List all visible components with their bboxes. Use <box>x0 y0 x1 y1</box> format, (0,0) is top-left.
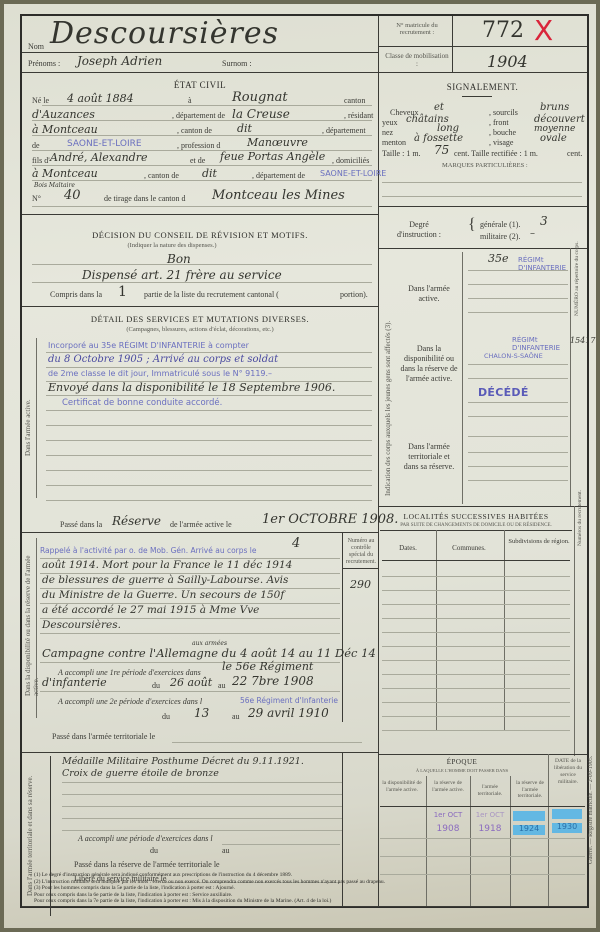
degre-label: Degré d'instruction : <box>394 220 444 240</box>
periode2-label: A accompli une 2e période d'exercices da… <box>58 697 202 706</box>
yeux-label: yeux <box>382 118 398 127</box>
classe-label: Classe de mobilisation : <box>384 52 450 68</box>
localites-side-label: Numéros du recrutement. <box>577 490 583 546</box>
profession-label: , profession d <box>177 141 220 150</box>
sourcils-value: bruns <box>540 102 569 113</box>
periode2-au: 29 avril 1910 <box>248 706 329 720</box>
epoque-row2-liberation: 1930 <box>552 822 582 831</box>
taille-suffix: cent. Taille rectifiée : 1 m. <box>454 149 538 158</box>
menton-label: menton <box>382 138 406 147</box>
periode2-du: 13 <box>194 706 209 720</box>
reserve-label: Passé dans la <box>60 520 102 529</box>
epoque-col-reserve-active: la réserve de l'armée active. <box>428 780 468 793</box>
periode1-au-label: au <box>218 681 226 690</box>
rappel-line-1: août 1914. Mort pour la France le 11 déc… <box>42 559 292 571</box>
prenoms-label: Prénoms : <box>28 59 60 68</box>
prenoms-value: Joseph Adrien <box>77 54 162 68</box>
cheveux-value: et <box>434 102 444 113</box>
a-value: Rougnat <box>232 90 288 105</box>
militaire-value: – <box>530 228 535 239</box>
departement3-stamp: SAONE-ET-LOIRE <box>320 169 386 178</box>
surnom-label: Surnom : <box>222 59 252 68</box>
localites-col-communes: Communes. <box>436 544 502 552</box>
epoque-row2-reserve-active: 1908 <box>430 824 466 834</box>
taille-label: Taille : 1 m. <box>382 149 421 158</box>
epoque-subtitle: À LAQUELLE L'HOMME DOIT PASSER DANS <box>378 768 546 773</box>
epoque-col-disponibilite: la disponibilité de l'armée active. <box>382 780 422 793</box>
epoque-row1-territoriale: 1er OCT <box>472 811 508 819</box>
service-line-4: Envoyé dans la disponibilité le 18 Septe… <box>48 381 335 394</box>
canton-label: canton <box>344 96 365 105</box>
decision-subtitle: (Indiquer la nature des dispenses.) <box>22 242 322 249</box>
classe-value: 1904 <box>487 52 528 71</box>
canton-value: d'Auzances <box>32 108 95 121</box>
visage-label: , visage <box>489 138 513 147</box>
decision-line2: Dispensé art. 21 frère au service <box>82 268 282 282</box>
departement-label: , département de <box>172 111 225 120</box>
rappel-territoriale-label: Passé dans l'armée territoriale le <box>52 732 155 741</box>
register-frame: Nom Descoursières Prénoms : Joseph Adrie… <box>20 14 589 908</box>
nom-label: Nom <box>28 42 44 51</box>
compris-label: Compris dans la <box>50 290 102 299</box>
territoriale-side-label: Dans l'armée territoriale et dans sa rés… <box>26 766 34 896</box>
canton2-label: , canton de <box>177 126 212 135</box>
rappel-stamp-line: Rappelé à l'activité par o. de Mob. Gén.… <box>40 546 257 555</box>
rappel-stamp-day: 4 <box>292 536 300 551</box>
epoque-row1-liberation-band <box>552 809 582 819</box>
sourcils-label: , sourcils <box>489 108 518 117</box>
departement2-stamp: SAONE-ET-LOIRE <box>67 139 142 149</box>
tirage-canton-value: Montceau les Mines <box>212 188 345 203</box>
localites-col-subdivisions: Subdivisions de région. <box>506 538 572 546</box>
rappel-line-2: de blessures de guerre à Sailly-Labourse… <box>42 574 288 586</box>
service-line-1: Incorporé au 35e RÉGIMt D'INFANTERIE à c… <box>48 341 249 350</box>
register-page: Nom Descoursières Prénoms : Joseph Adrie… <box>4 4 596 928</box>
profession-value: Manœuvre <box>247 136 308 149</box>
deceased-stamp: DÉCÉDÉ <box>478 386 529 399</box>
militaire-label: militaire (2). <box>480 232 520 241</box>
affectations-numero-label: NUMÉRO au répertoire du corps. <box>574 241 580 316</box>
territoriale-periode-label: A accompli une période d'exercices dans … <box>78 834 213 843</box>
affectations-dispo-label: Dans la disponibilité ou dans la réserve… <box>400 344 458 384</box>
periode2-au-label: au <box>232 712 240 721</box>
epoque-row1-reserve-territoriale-band <box>513 811 545 821</box>
et-de-label: et de <box>190 156 205 165</box>
epoque-title: ÉPOQUE <box>378 758 546 766</box>
domicile-value: à Montceau <box>32 167 98 180</box>
epoque-row2-territoriale: 1918 <box>472 824 508 834</box>
periode1-au: 22 7bre 1908 <box>232 674 314 688</box>
signalement-title: SIGNALEMENT. <box>378 82 587 92</box>
ne-le-label: Né le <box>32 96 49 105</box>
generale-label: générale (1). <box>480 220 520 229</box>
territoriale-line-1: Médaille Militaire Posthume Décret du 9.… <box>62 756 304 767</box>
domicilies-label: , domiciliés <box>332 156 369 165</box>
affectations-dispo-value1: RÉGIMt D'INFANTERIE <box>512 336 587 352</box>
periode1-du-label: du <box>152 681 160 690</box>
localites-col-dates: Dates. <box>380 544 436 552</box>
periode2-value: 56e Régiment d'Infanterie <box>240 696 338 705</box>
tirage-no-label: N° <box>32 194 41 203</box>
nom-value: Descoursières <box>50 16 279 51</box>
affectations-side-label: Indication des corps auxquels les jeunes… <box>384 321 392 496</box>
rappel-numero-label: Numéro au contrôle spécial du recrutemen… <box>344 538 378 566</box>
printer-mark: Guerre. — Registre matricule. — 2-09-190… <box>588 756 594 864</box>
epoque-col-territoriale: l'armée territoriale. <box>472 784 508 797</box>
departement3-label: , département de <box>252 171 305 180</box>
tirage-no-value: 40 <box>64 188 81 203</box>
service-line-3: de 2me classe le dit jour, Immatriculé s… <box>48 369 272 378</box>
fils-label: fils d' <box>32 156 50 165</box>
localites-title: LOCALITÉS SUCCESSIVES HABITÉES <box>378 512 574 521</box>
rappel-numero-value: 290 <box>350 578 371 591</box>
periode1-du: 26 août <box>170 676 212 689</box>
portion-label: portion). <box>340 290 368 299</box>
rappel-line-4: a été accordé le 27 mai 1915 à Mme Vve <box>42 604 259 616</box>
services-title: DÉTAIL DES SERVICES ET MUTATIONS DIVERSE… <box>22 314 378 324</box>
service-line-2: du 8 Octobre 1905 ; Arrivé au corps et s… <box>48 354 278 365</box>
generale-value: 3 <box>540 214 548 228</box>
epoque-col-reserve-territoriale: la réserve de l'armée territoriale. <box>512 780 548 800</box>
affectations-active-no: 35e <box>488 252 509 265</box>
matricule-label: N° matricule du recrutement : <box>384 22 450 36</box>
localites-subtitle: PAR SUITE DE CHANGEMENTS DE DOMICILE OU … <box>378 523 574 528</box>
residant-label: , résidant <box>344 111 373 120</box>
affectations-dispo-value2: CHALON-S-SAÔNE <box>484 352 543 360</box>
service-line-5: Certificat de bonne conduite accordé. <box>62 398 222 408</box>
territoriale-au-label: au <box>222 846 230 855</box>
taille-value: 75 <box>434 143 449 157</box>
bouche-label: , bouche <box>489 128 516 137</box>
affectations-territoriale-label: Dans l'armée territoriale et dans sa rés… <box>400 442 458 472</box>
canton3-value: dit <box>202 167 217 180</box>
periode1-value: le 56e Régiment <box>222 660 313 673</box>
services-subtitle: (Campagnes, blessures, actions d'éclat, … <box>22 326 378 333</box>
reserve-suffix: de l'armée active le <box>170 520 232 529</box>
nez-label: nez <box>382 128 393 137</box>
services-side-active: Dans l'armée active. <box>24 399 32 456</box>
departement2-label: , département <box>322 126 366 135</box>
epoque-date-label: DATE de la libération du service militai… <box>550 758 586 786</box>
canton3-label: , canton de <box>144 171 179 180</box>
periode2-du-label: du <box>162 712 170 721</box>
residant-value: à Montceau <box>32 123 98 136</box>
reserve-territoriale-label: Passé dans la réserve de l'armée territo… <box>74 860 220 869</box>
periode1-value2: d'infanterie <box>42 676 107 689</box>
rappel-line-3: du Ministre de la Guerre. Un secours de … <box>42 589 284 601</box>
epoque-row2-reserve-territoriale: 1924 <box>513 824 545 833</box>
reserve-value: Réserve <box>112 514 161 528</box>
footnote-5: Pour ceux compris dans la 7e partie de l… <box>34 898 589 905</box>
campagne-line: Campagne contre l'Allemagne du 4 août 14… <box>42 646 376 660</box>
canton2-value: dit <box>237 122 252 135</box>
etat-civil-title: ÉTAT CIVIL <box>22 80 378 90</box>
matricule-value: 772 <box>482 18 524 43</box>
compris-suffix: partie de la liste du recrutement canton… <box>144 290 279 299</box>
footnotes: (1) Le degré d'instruction générale sera… <box>34 872 589 905</box>
territoriale-du-label: du <box>150 846 158 855</box>
cent-label: cent. <box>567 149 582 158</box>
a-label: à <box>188 96 192 105</box>
ne-le-value: 4 août 1884 <box>67 92 134 105</box>
visage-value: ovale <box>540 133 567 144</box>
epoque-row1-reserve-active: 1er OCT <box>430 811 466 819</box>
decision-title: DÉCISION DU CONSEIL DE RÉVISION ET MOTIF… <box>22 230 378 240</box>
compris-value: 1 <box>118 284 127 300</box>
front-label: , front <box>489 118 509 127</box>
marques-label: MARQUES PARTICULIÈRES : <box>442 162 528 169</box>
departement-value: la Creuse <box>232 107 290 121</box>
mere-value: feue Portas Angèle <box>220 150 325 163</box>
affectations-active-label: Dans l'armée active. <box>402 284 456 304</box>
rappel-side-label: Dans la disponibilité ou dans la réserve… <box>24 546 40 696</box>
rappel-line-5: Descoursières. <box>42 619 121 631</box>
tirage-label: de tirage dans le canton d <box>104 194 186 203</box>
pere-value: André, Alexandre <box>50 151 147 164</box>
territoriale-line-2: Croix de guerre étoile de bronze <box>62 768 219 779</box>
matricule-mark: X <box>534 14 553 47</box>
